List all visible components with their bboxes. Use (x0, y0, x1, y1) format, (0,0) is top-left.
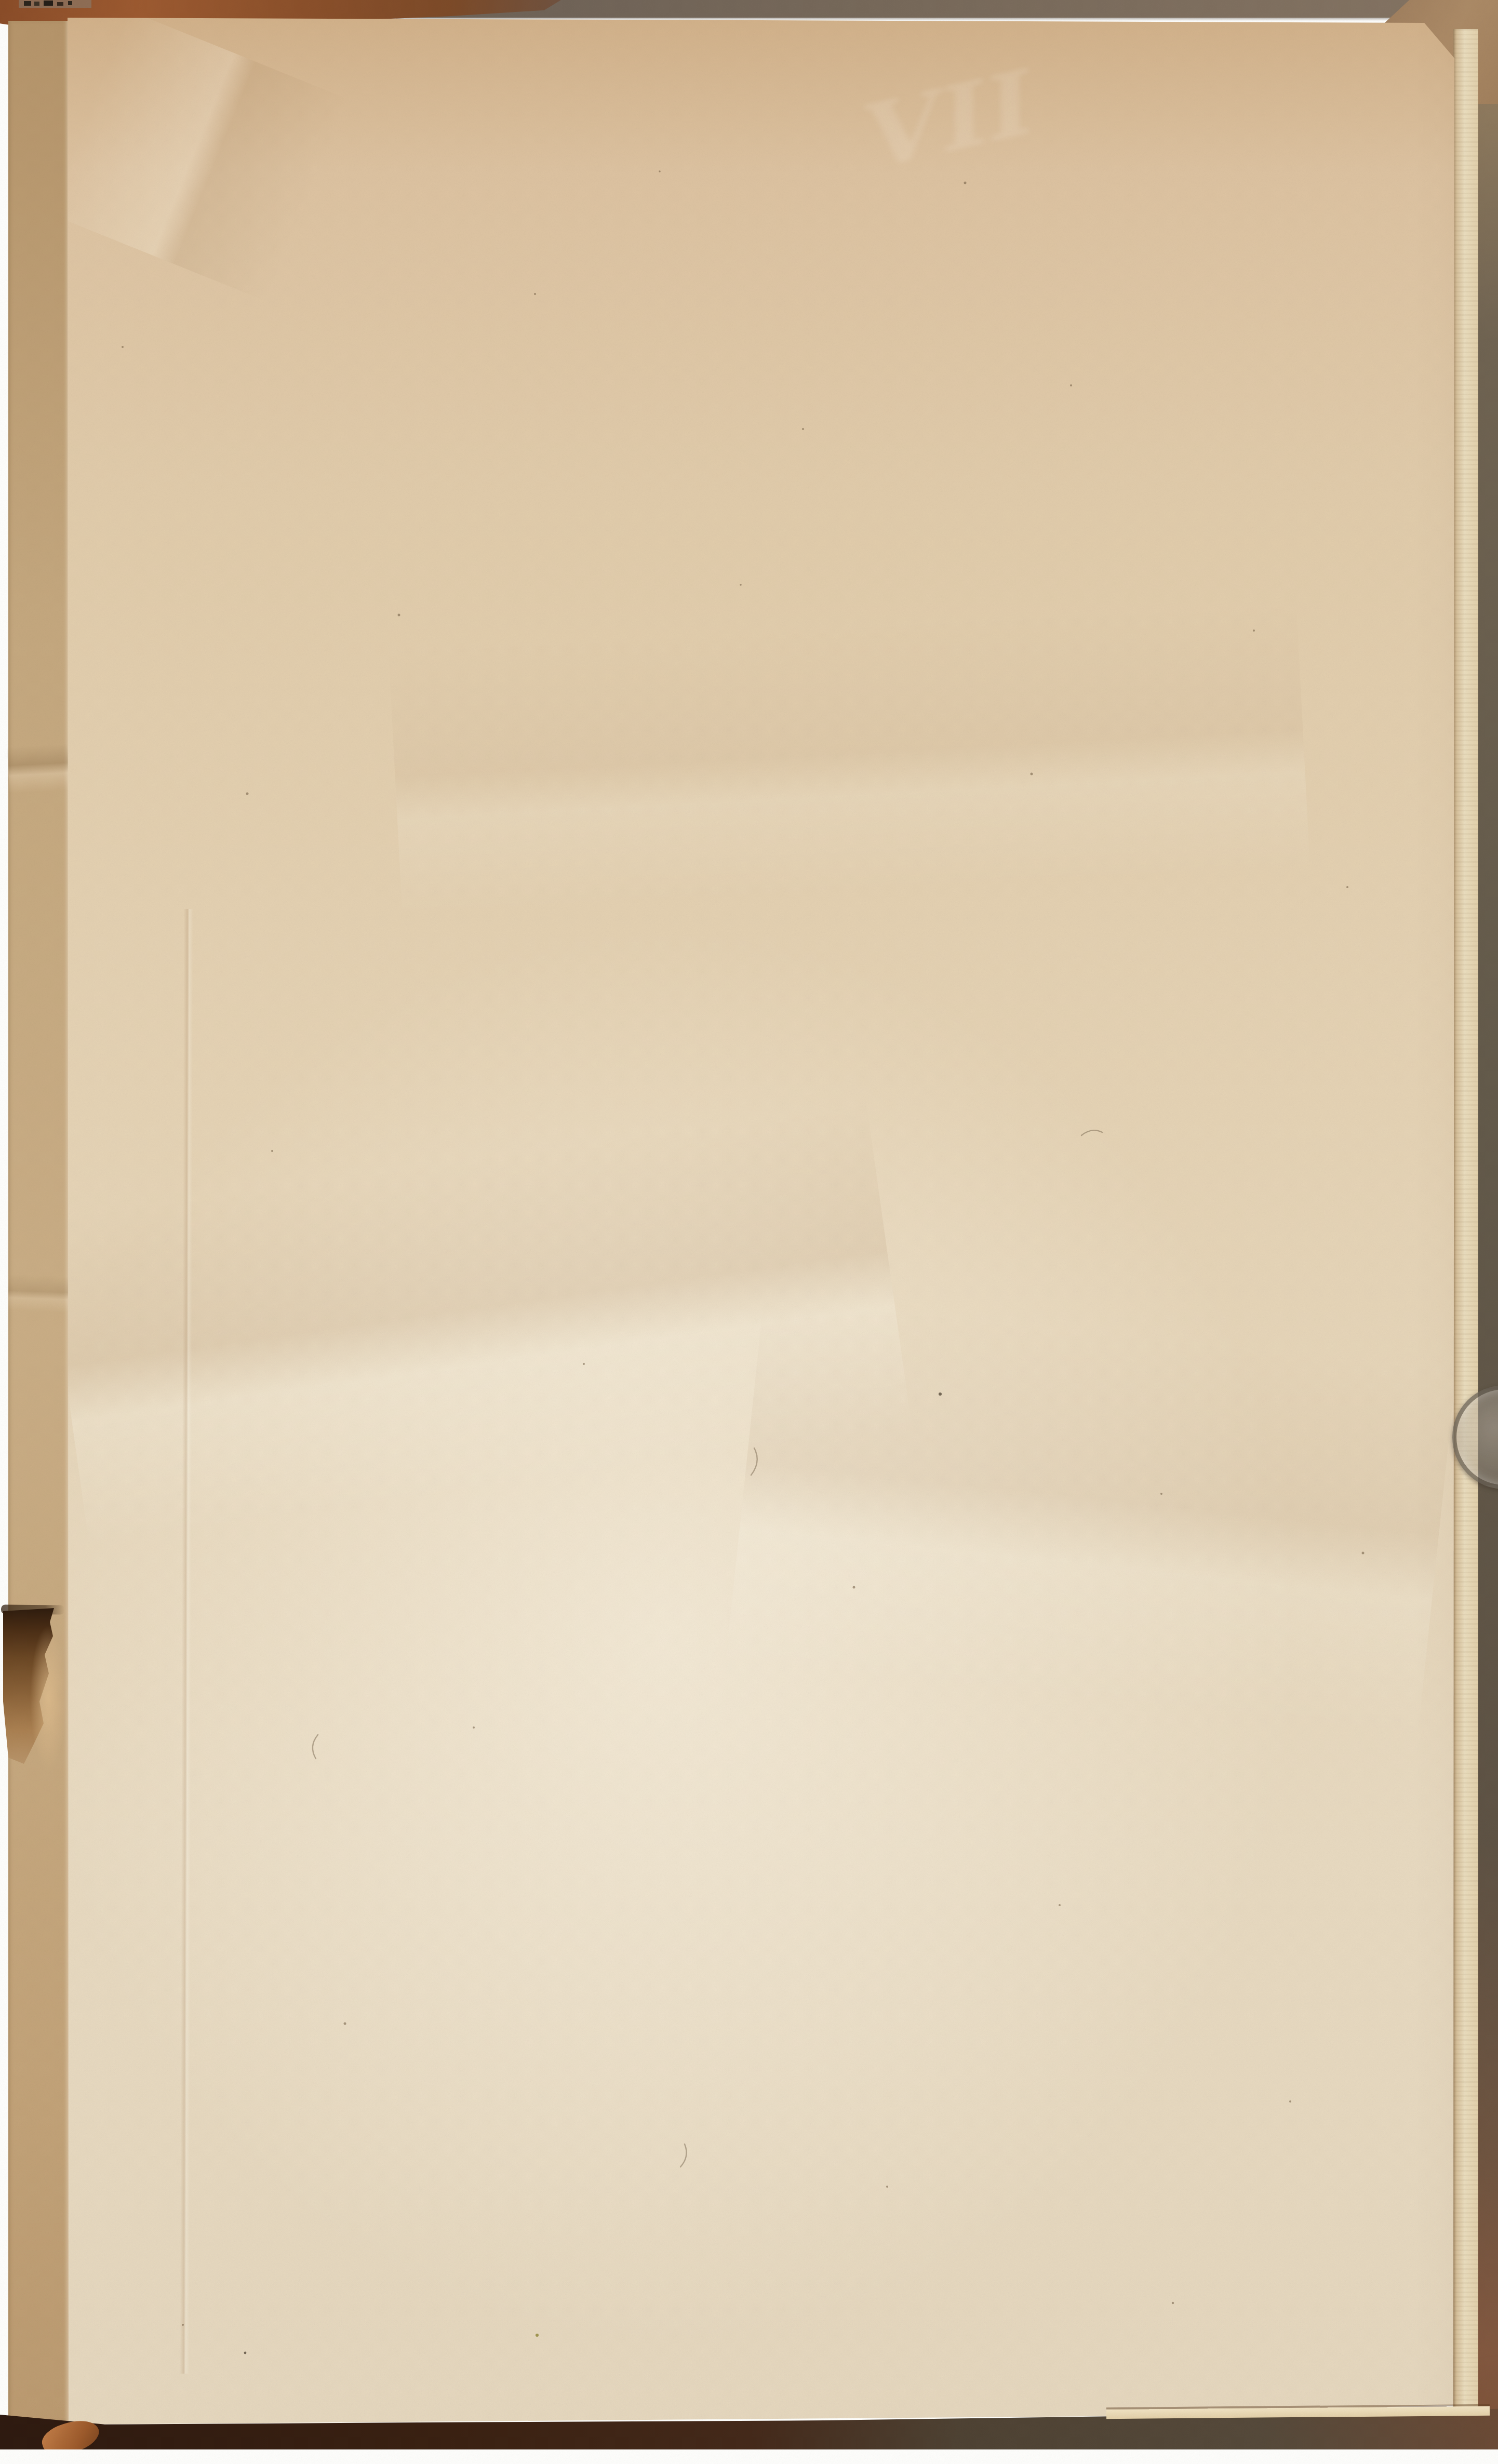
page-corner-crease (46, 10, 349, 302)
fore-edge-page-stack (1453, 29, 1478, 2416)
page-wrinkle (725, 1294, 1456, 1739)
top-left-scan-marks (19, 0, 107, 9)
gutter-wrinkle (7, 744, 70, 794)
book-scan-photo: VII (0, 0, 1498, 2464)
gutter-tear-halo (30, 1626, 66, 1771)
ghost-impression: VII (813, 31, 1088, 219)
cover-backdrop-right (1478, 0, 1498, 2449)
page-wrinkle (389, 600, 1310, 917)
gutter-endpaper-strip (8, 21, 69, 2421)
blank-page: VII (0, 0, 1498, 2464)
page-vertical-crease (180, 909, 193, 2374)
gutter-wrinkle (8, 1274, 69, 1313)
scanner-bottom-margin (0, 2449, 1498, 2464)
